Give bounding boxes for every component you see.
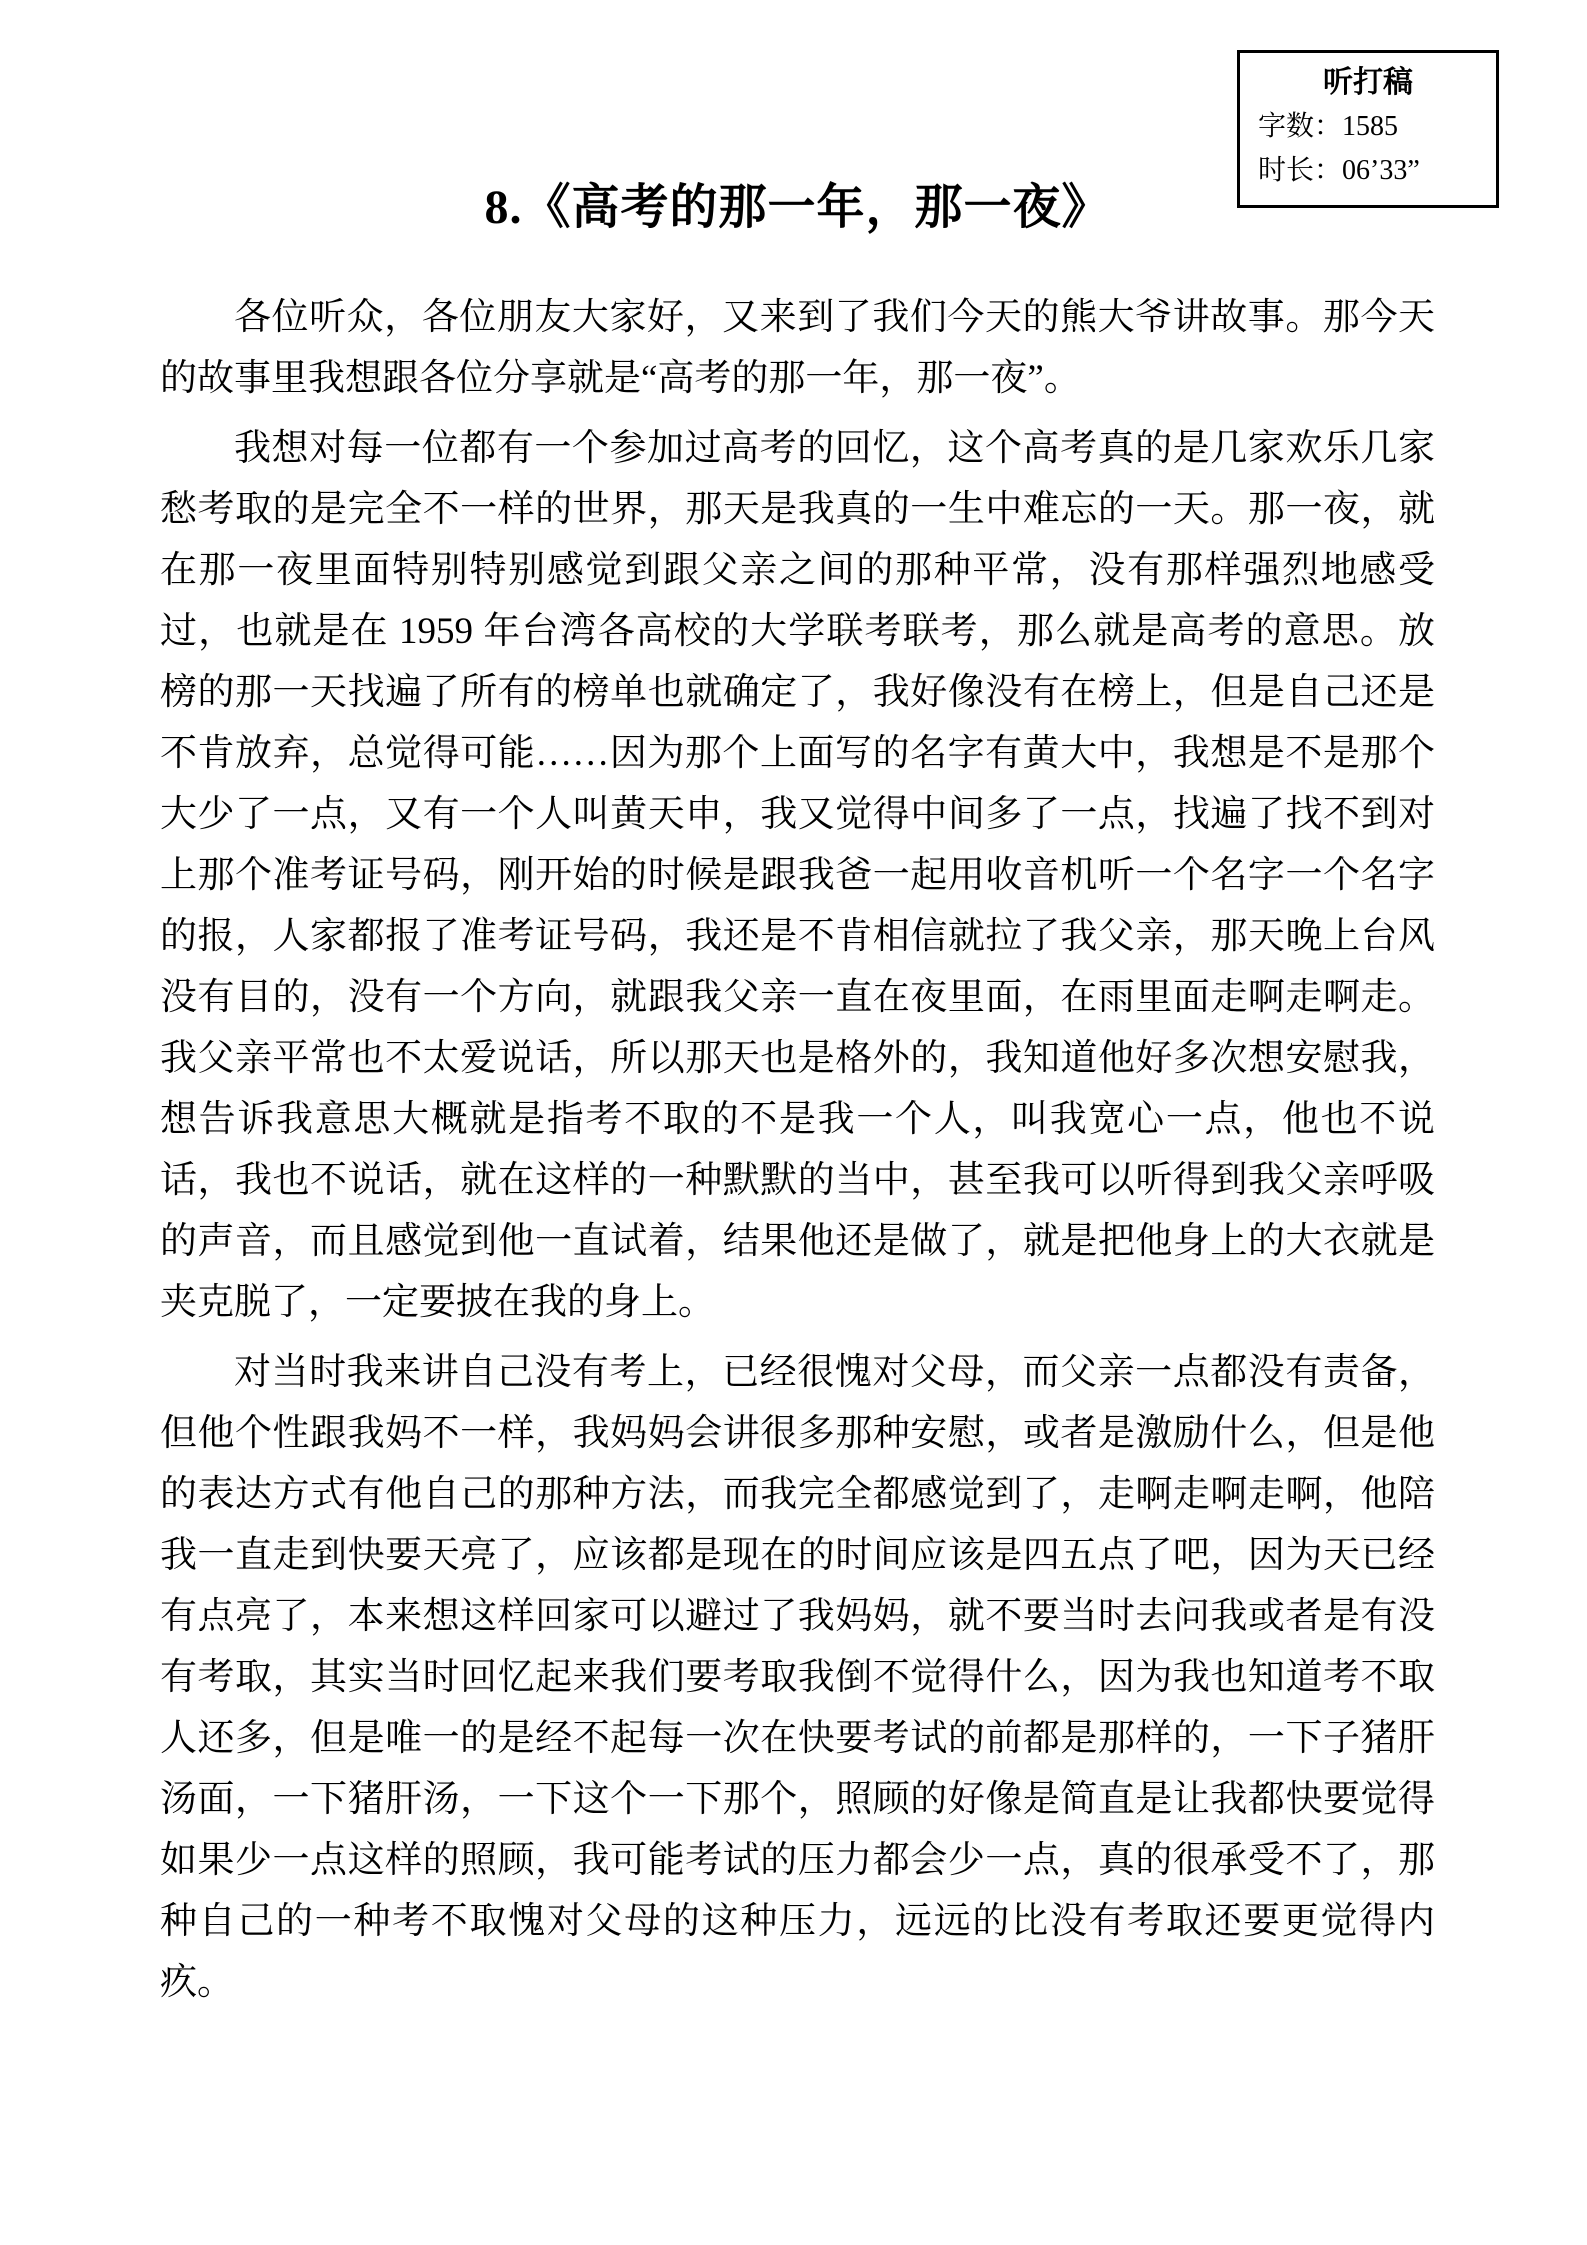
paragraph-story: 我想对每一位都有一个参加过高考的回忆，这个高考真的是几家欢乐几家愁考取的是完全不… <box>160 418 1435 1333</box>
info-duration: 时长：06’33” <box>1258 149 1478 193</box>
paragraph-reflection: 对当时我来讲自己没有考上，已经很愧对父母，而父亲一点都没有责备，但他个性跟我妈不… <box>160 1342 1435 2013</box>
info-box-title: 听打稿 <box>1258 61 1478 105</box>
transcript-info-box: 听打稿 字数：1585 时长：06’33” <box>1237 50 1499 208</box>
paragraph-intro: 各位听众，各位朋友大家好，又来到了我们今天的熊大爷讲故事。那今天的故事里我想跟各… <box>160 287 1435 409</box>
document-page: 听打稿 字数：1585 时长：06’33” 8.《高考的那一年，那一夜》 各位听… <box>0 0 1587 2245</box>
document-body: 各位听众，各位朋友大家好，又来到了我们今天的熊大爷讲故事。那今天的故事里我想跟各… <box>0 287 1587 2013</box>
info-word-count: 字数：1585 <box>1258 105 1478 149</box>
